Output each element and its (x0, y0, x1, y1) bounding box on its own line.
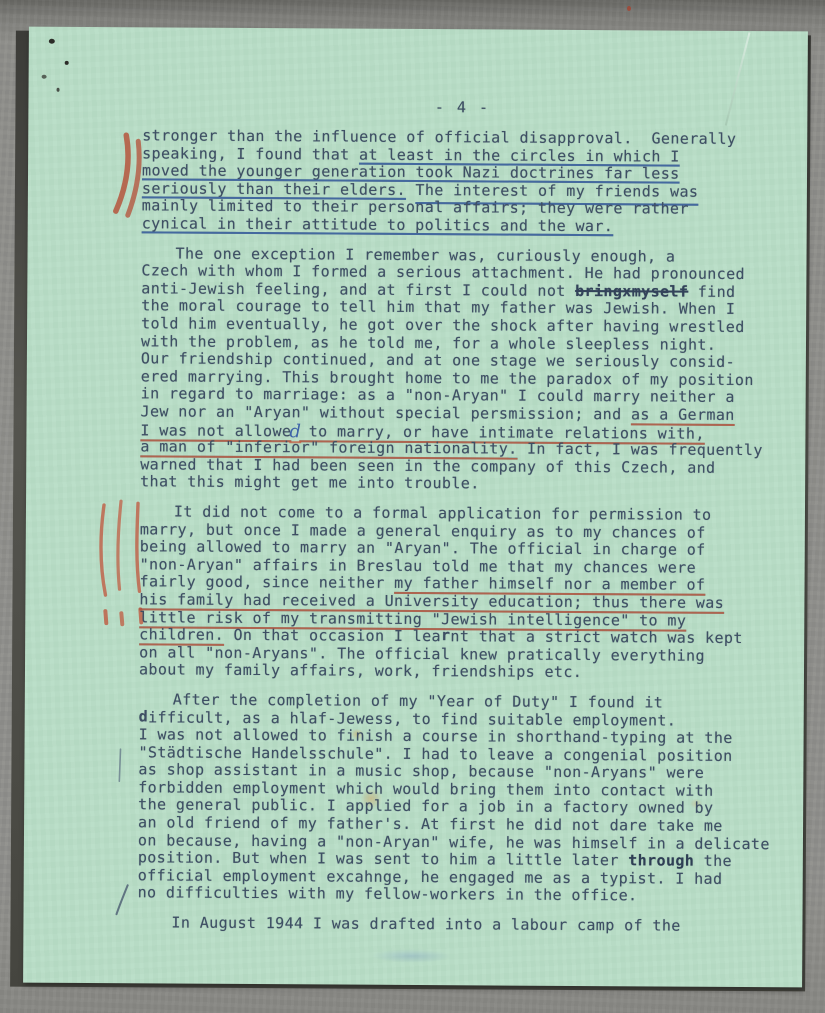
text-segment: cynical in their attitude to politics an… (142, 214, 614, 235)
typewritten-page: - 4 - stronger than the influence of off… (23, 27, 808, 988)
text-line: no difficulties with my fellow-workers i… (138, 885, 786, 907)
text-segment: Jew nor an "Aryan" without special persm… (141, 402, 632, 423)
paragraph: It did not come to a formal application … (139, 503, 788, 683)
ink-slash-mark (113, 883, 131, 917)
text-line: In August 1944 I was drafted into a labo… (137, 914, 785, 936)
ink-smudge (371, 949, 451, 963)
paragraph: The one exception I remember was, curiou… (140, 245, 789, 495)
text-segment: nt that a strict watch was kept (450, 627, 742, 647)
paper-speck (49, 39, 55, 44)
red-speck (627, 6, 631, 11)
text-segment: through (628, 852, 694, 870)
ink-vertical-line-mark (116, 747, 124, 785)
text-segment: find (688, 283, 735, 301)
text-segment: children. (139, 625, 224, 644)
handwritten-correction: d (289, 421, 301, 442)
text-segment: The interest of my friends was (415, 181, 698, 201)
text-segment: as a German (631, 405, 735, 424)
paragraph: stronger than the influence of official … (142, 127, 791, 237)
text-segment: speaking, I found that (142, 144, 359, 163)
text-segment: In fact, I was frequently (518, 440, 763, 459)
struck-out-word: bringxmyself (575, 282, 688, 301)
text-segment: seriously than their elders. (142, 179, 406, 199)
paper-speck (42, 75, 47, 79)
page-number: - 4 - (142, 97, 782, 119)
text-segment: about my family affairs, work, friendshi… (139, 661, 582, 682)
document-body: - 4 - stronger than the influence of off… (137, 97, 790, 936)
text-segment: In August 1944 I was drafted into a labo… (171, 914, 680, 935)
text-segment: no difficulties with my fellow-workers i… (138, 884, 638, 905)
text-segment (406, 181, 416, 199)
text-segment: On that occasion I lea (224, 626, 441, 645)
text-line: cynical in their attitude to politics an… (142, 215, 790, 237)
paper-speck (65, 61, 69, 65)
text-segment: fairly good, since neither (139, 573, 394, 593)
text-line: that this might get me into trouble. (140, 474, 788, 496)
paragraph: In August 1944 I was drafted into a labo… (137, 914, 785, 936)
text-segment: the (694, 852, 732, 870)
paragraph: After the completion of my "Year of Duty… (138, 691, 787, 906)
text-line: about my family affairs, work, friendshi… (139, 662, 787, 684)
text-segment: d (139, 707, 149, 725)
paper-speck (57, 88, 60, 92)
text-segment: r (441, 626, 451, 644)
text-segment: that this might get me into trouble. (140, 473, 480, 493)
paragraphs-container: stronger than the influence of official … (137, 127, 790, 935)
